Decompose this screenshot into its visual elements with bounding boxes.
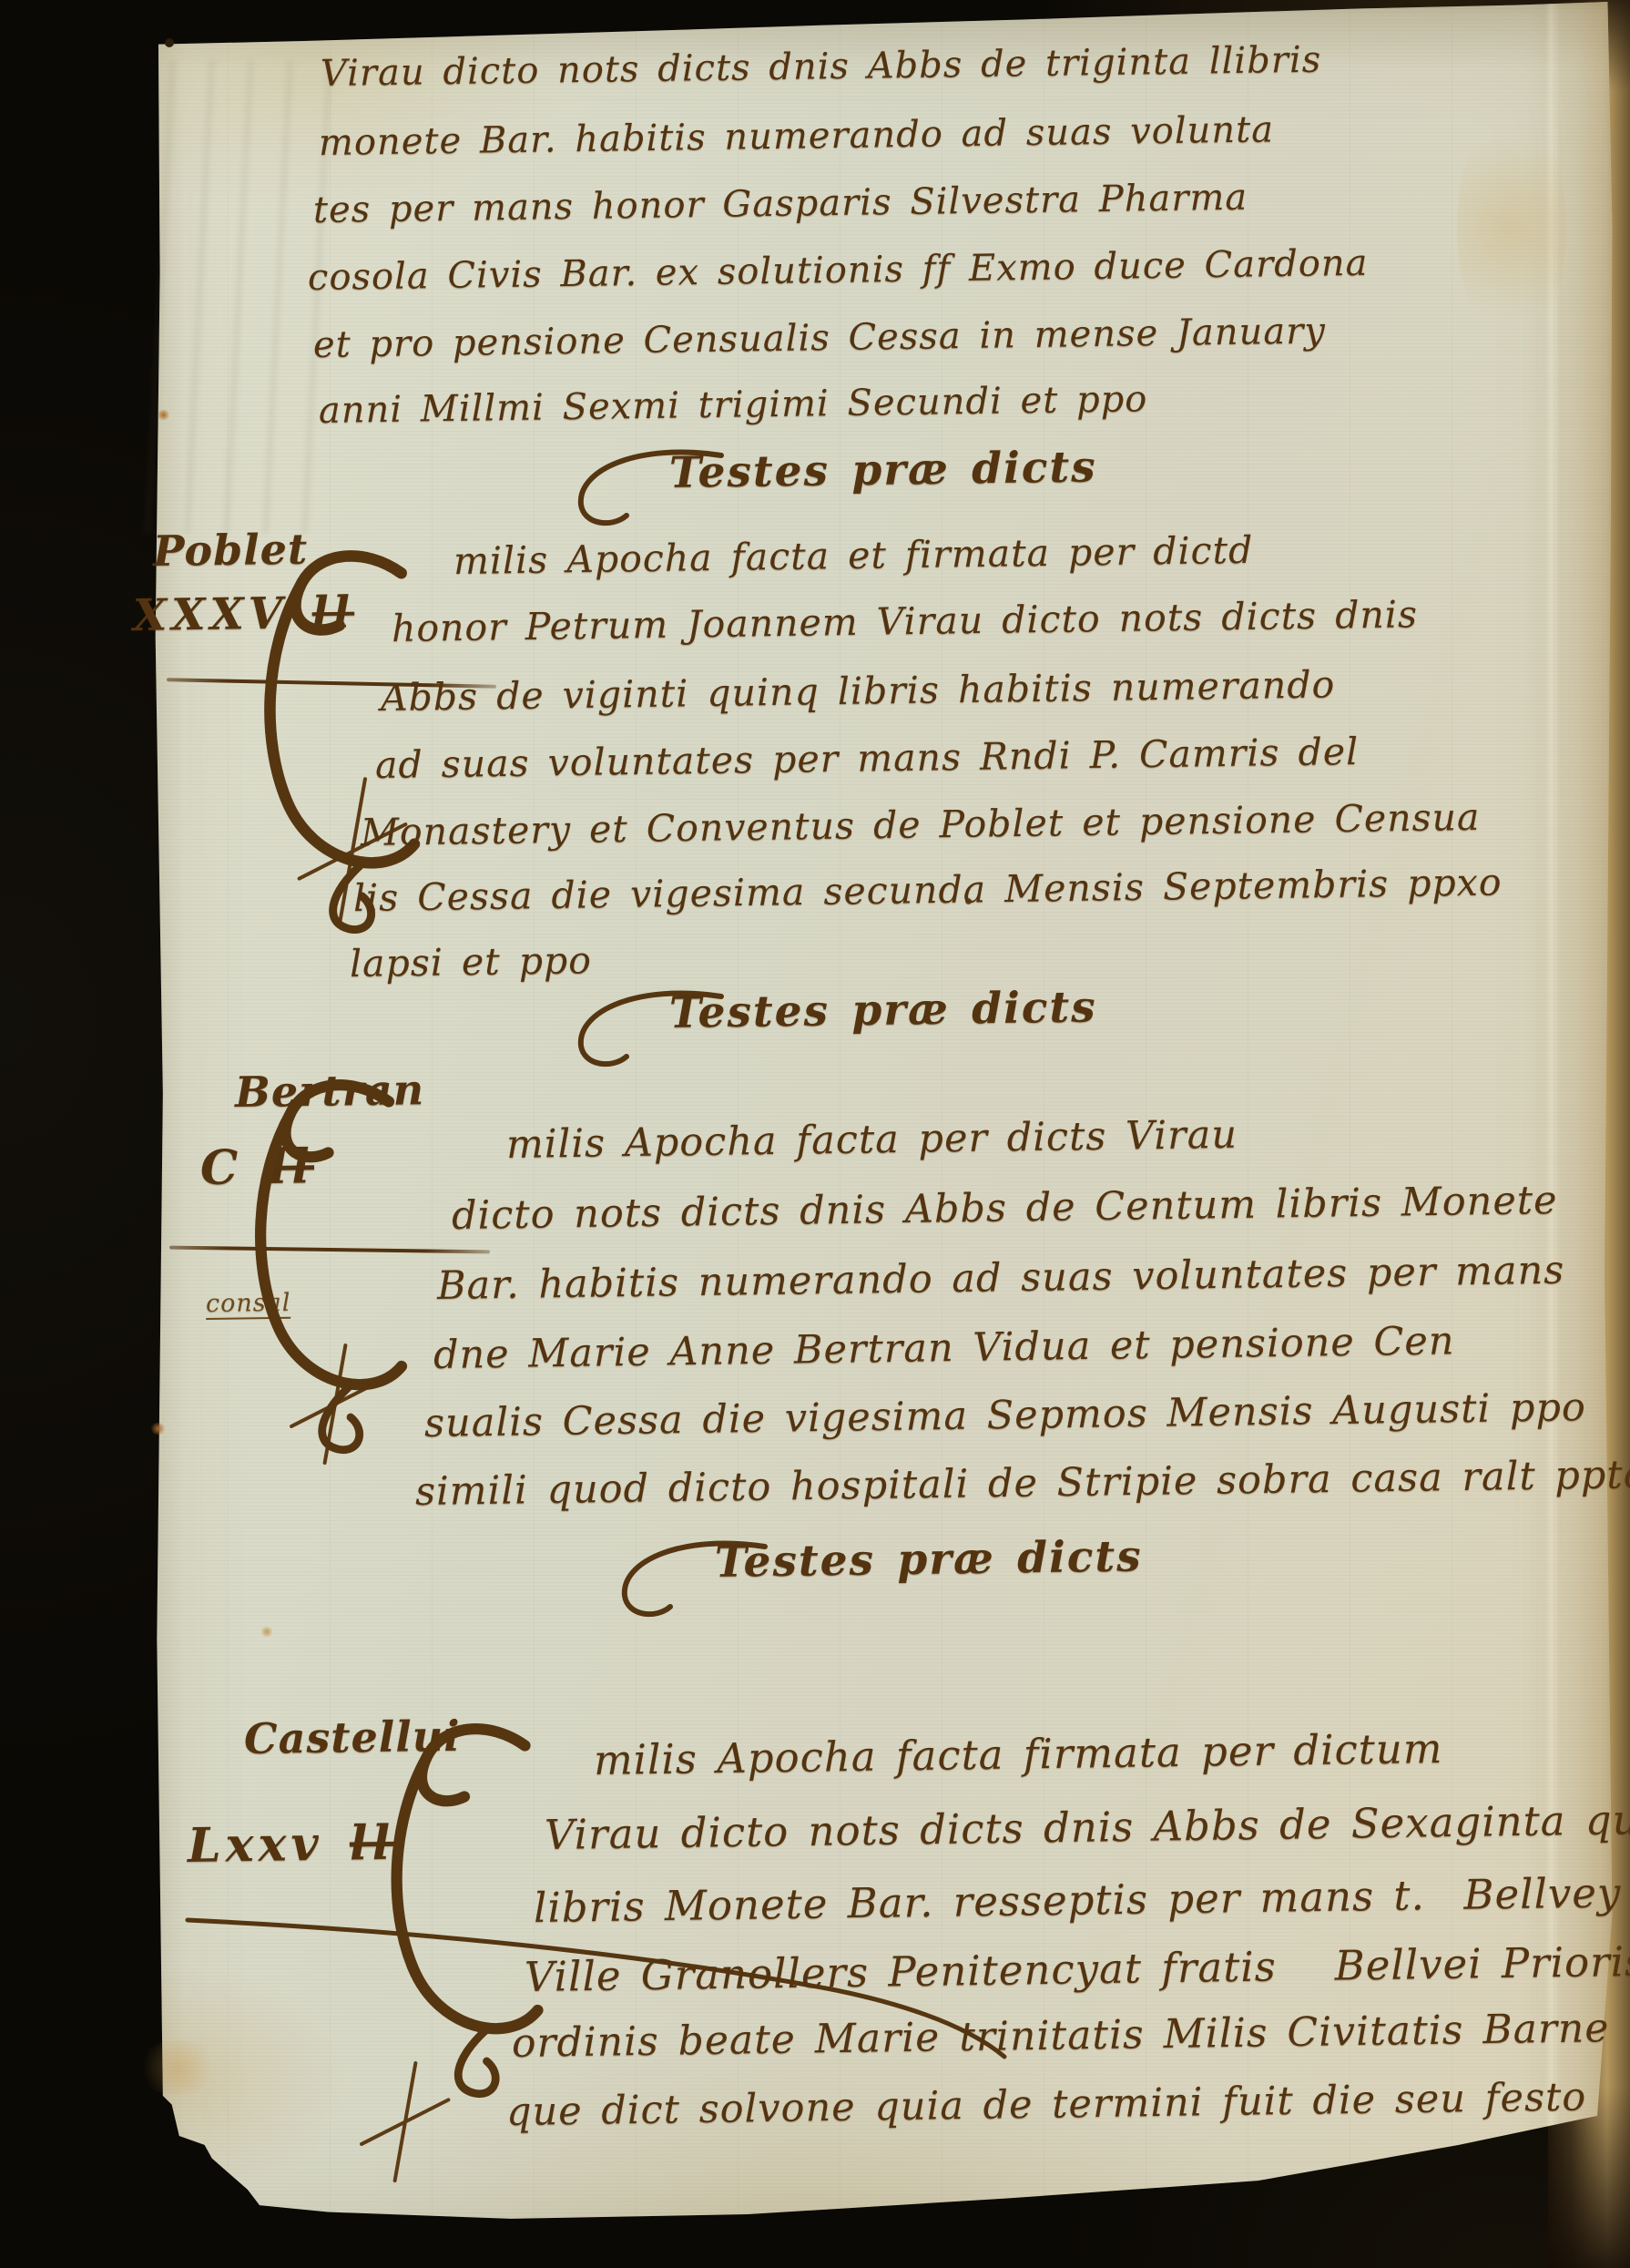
manuscript-line: anni Millmi Sexmi trigimi Secundi et ppo [319,378,1148,432]
margin-label: Castellui [244,1711,461,1763]
amount-unit: ll [349,1815,394,1872]
manuscript-line: lis Cessa die vigesima secunda Mensis Se… [353,860,1503,920]
manuscript-line: milis Apocha facta et firmata per dictd [453,528,1254,583]
manuscript-line: cosola Civis Bar. ex solutionis ff Exmo … [308,242,1369,299]
amount-unit: ll [269,1139,314,1195]
manuscript-line: Virau dicto nots dicts dnis Abbs de Sexa… [545,1794,1630,1859]
testes-line: Testes præ dicts [669,982,1097,1038]
manuscript-line: ordinis beate Marie trinitatis Milis Civ… [512,2005,1610,2067]
manuscript-line: lapsi et ppo [350,938,593,986]
margin-amount: XXXV ll [133,587,355,641]
testes-line: Testes præ dicts [669,442,1097,498]
book-photo: Virau dicto nots dicts dnis Abbs de trig… [0,0,1630,2268]
margin-underline [169,1246,490,1254]
manuscript-line: et pro pensione Censualis Cessa in mense… [313,310,1327,366]
manuscript-line: libris Monete Bar. resseptis per mans t.… [534,1868,1622,1932]
manuscript-line: que dict solvone quia de termini fuit di… [506,2074,1587,2135]
manuscript-line: Virau dicto nots dicts dnis Abbs de trig… [321,39,1322,95]
margin-label: Bertran [235,1065,425,1117]
amount-unit: ll [311,587,354,639]
margin-note: consal [206,1289,291,1320]
manuscript-line: milis Apocha facta per dicts Virau [506,1112,1238,1168]
manuscript-line: Bar. habitis numerando ad suas voluntate… [437,1248,1565,1309]
manuscript-line: tes per mans honor Gasparis Silvestra Ph… [313,177,1248,231]
margin-amount: Lxxv ll [188,1815,395,1874]
margin-cross-mark [353,2060,453,2183]
manuscript-line: ad suas voluntates per mans Rndi P. Camr… [375,730,1360,787]
manuscript-line: Abbs de viginti quinq libris habitis num… [381,662,1336,720]
manuscript-text: Virau dicto nots dicts dnis Abbs de trig… [0,0,1630,2268]
amount-value: C [200,1139,243,1196]
manuscript-line: dicto nots dicts dnis Abbs de Centum lib… [452,1178,1558,1239]
manuscript-line: Monastery et Conventus de Poblet et pens… [361,795,1481,854]
amount-value: Lxxv [188,1816,324,1874]
manuscript-line: monete Bar. habitis numerando ad suas vo… [319,108,1275,164]
manuscript-line: sualis Cessa die vigesima Sepmos Mensis … [424,1384,1587,1446]
testes-line: Testes præ dicts [715,1531,1143,1588]
margin-cross-mark [290,1343,376,1466]
margin-label: Poblet [153,525,309,576]
manuscript-line: Ville Granollers Penitencyat fratis Bell… [525,1937,1630,2001]
margin-amount: C ll [200,1139,315,1196]
manuscript-line: dne Marie Anne Bertran Vidua et pensione… [433,1318,1455,1378]
manuscript-line: milis Apocha facta firmata per dictum [594,1724,1443,1784]
manuscript-line: simili quod dicto hospitali de Stripie s… [415,1452,1630,1515]
amount-value: XXXV [133,588,288,641]
manuscript-line: honor Petrum Joannem Virau dicto nots di… [392,592,1419,650]
